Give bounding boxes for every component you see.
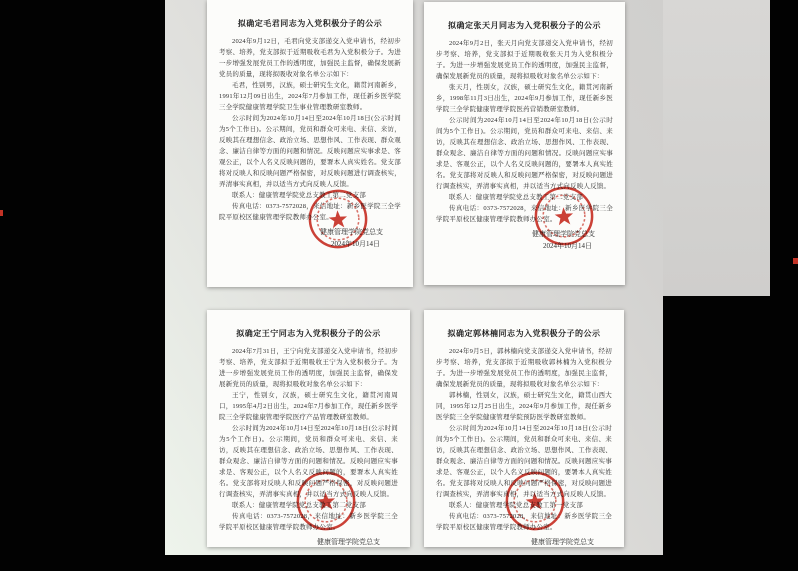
doc-paragraph: 张天月，性别女，汉族，硕士研究生文化，籍贯河南新乡，1998年11月3日出生，2… [436,82,613,115]
official-seal-icon [502,468,568,534]
document-page-1: 拟确定毛君同志为入党积极分子的公示 2024年9月12日，毛君向党支部递交入党申… [207,0,413,287]
official-seal-icon [305,186,371,252]
page-title: 拟确定王宁同志为入党积极分子的公示 [219,328,398,339]
page-title: 拟确定张天月同志为入党积极分子的公示 [436,20,613,31]
doc-paragraph: 2024年9月2日，张天月向党支部递交入党申请书，经初步考察、培养，党支部拟于近… [436,38,613,82]
page-title: 拟确定毛君同志为入党积极分子的公示 [219,18,401,29]
doc-paragraph: 公示时间为2024年10月14日至2024年10月18日(公示时间为5个工作日)… [436,115,613,192]
doc-paragraph: 郭林楠，性别女，汉族，硕士研究生文化，籍贯山西大同，1995年12月25日出生，… [436,390,612,423]
document-page-4: 拟确定郭林楠同志为入党积极分子的公示 2024年9月5日，郭林楠向党支部递交入党… [424,310,624,547]
doc-paragraph: 2024年9月5日，郭林楠向党支部递交入党申请书，经初步考察、培养，党支部拟于近… [436,346,612,390]
scan-backdrop-right [663,0,770,296]
scan-artifact-left [0,210,3,216]
document-page-3: 拟确定王宁同志为入党积极分子的公示 2024年7月31日，王宁向党支部递交入党申… [207,310,410,547]
official-seal-icon [293,468,359,534]
document-page-2: 拟确定张天月同志为入党积极分子的公示 2024年9月2日，张天月向党支部递交入党… [424,2,625,285]
doc-paragraph: 王宁，性别女，汉族，硕士研究生文化，籍贯河南周口，1995年4月2日出生，202… [219,390,398,423]
doc-paragraph: 毛君，性别男，汉族，硕士研究生文化，籍贯河南新乡，1991年12月09日出生，2… [219,80,401,113]
page-title: 拟确定郭林楠同志为入党积极分子的公示 [436,328,612,339]
signature-block: 健康管理学院党总支 2024年10月14日 [436,536,612,547]
signature-org: 健康管理学院党总支 [219,536,380,547]
doc-paragraph: 2024年9月12日，毛君向党支部递交入党申请书，经初步考察、培养，党支部拟于近… [219,36,401,80]
doc-paragraph: 公示时间为2024年10月14日至2024年10月18日(公示时间为5个工作日)… [219,113,401,190]
signature-block: 健康管理学院党总支 2024年10月14日 [219,536,398,547]
signature-org: 健康管理学院党总支 [436,536,594,547]
official-seal-icon [531,183,597,249]
scan-artifact-right [793,258,798,264]
doc-paragraph: 2024年7月31日，王宁向党支部递交入党申请书，经初步考察、培养，党支部拟于近… [219,346,398,390]
